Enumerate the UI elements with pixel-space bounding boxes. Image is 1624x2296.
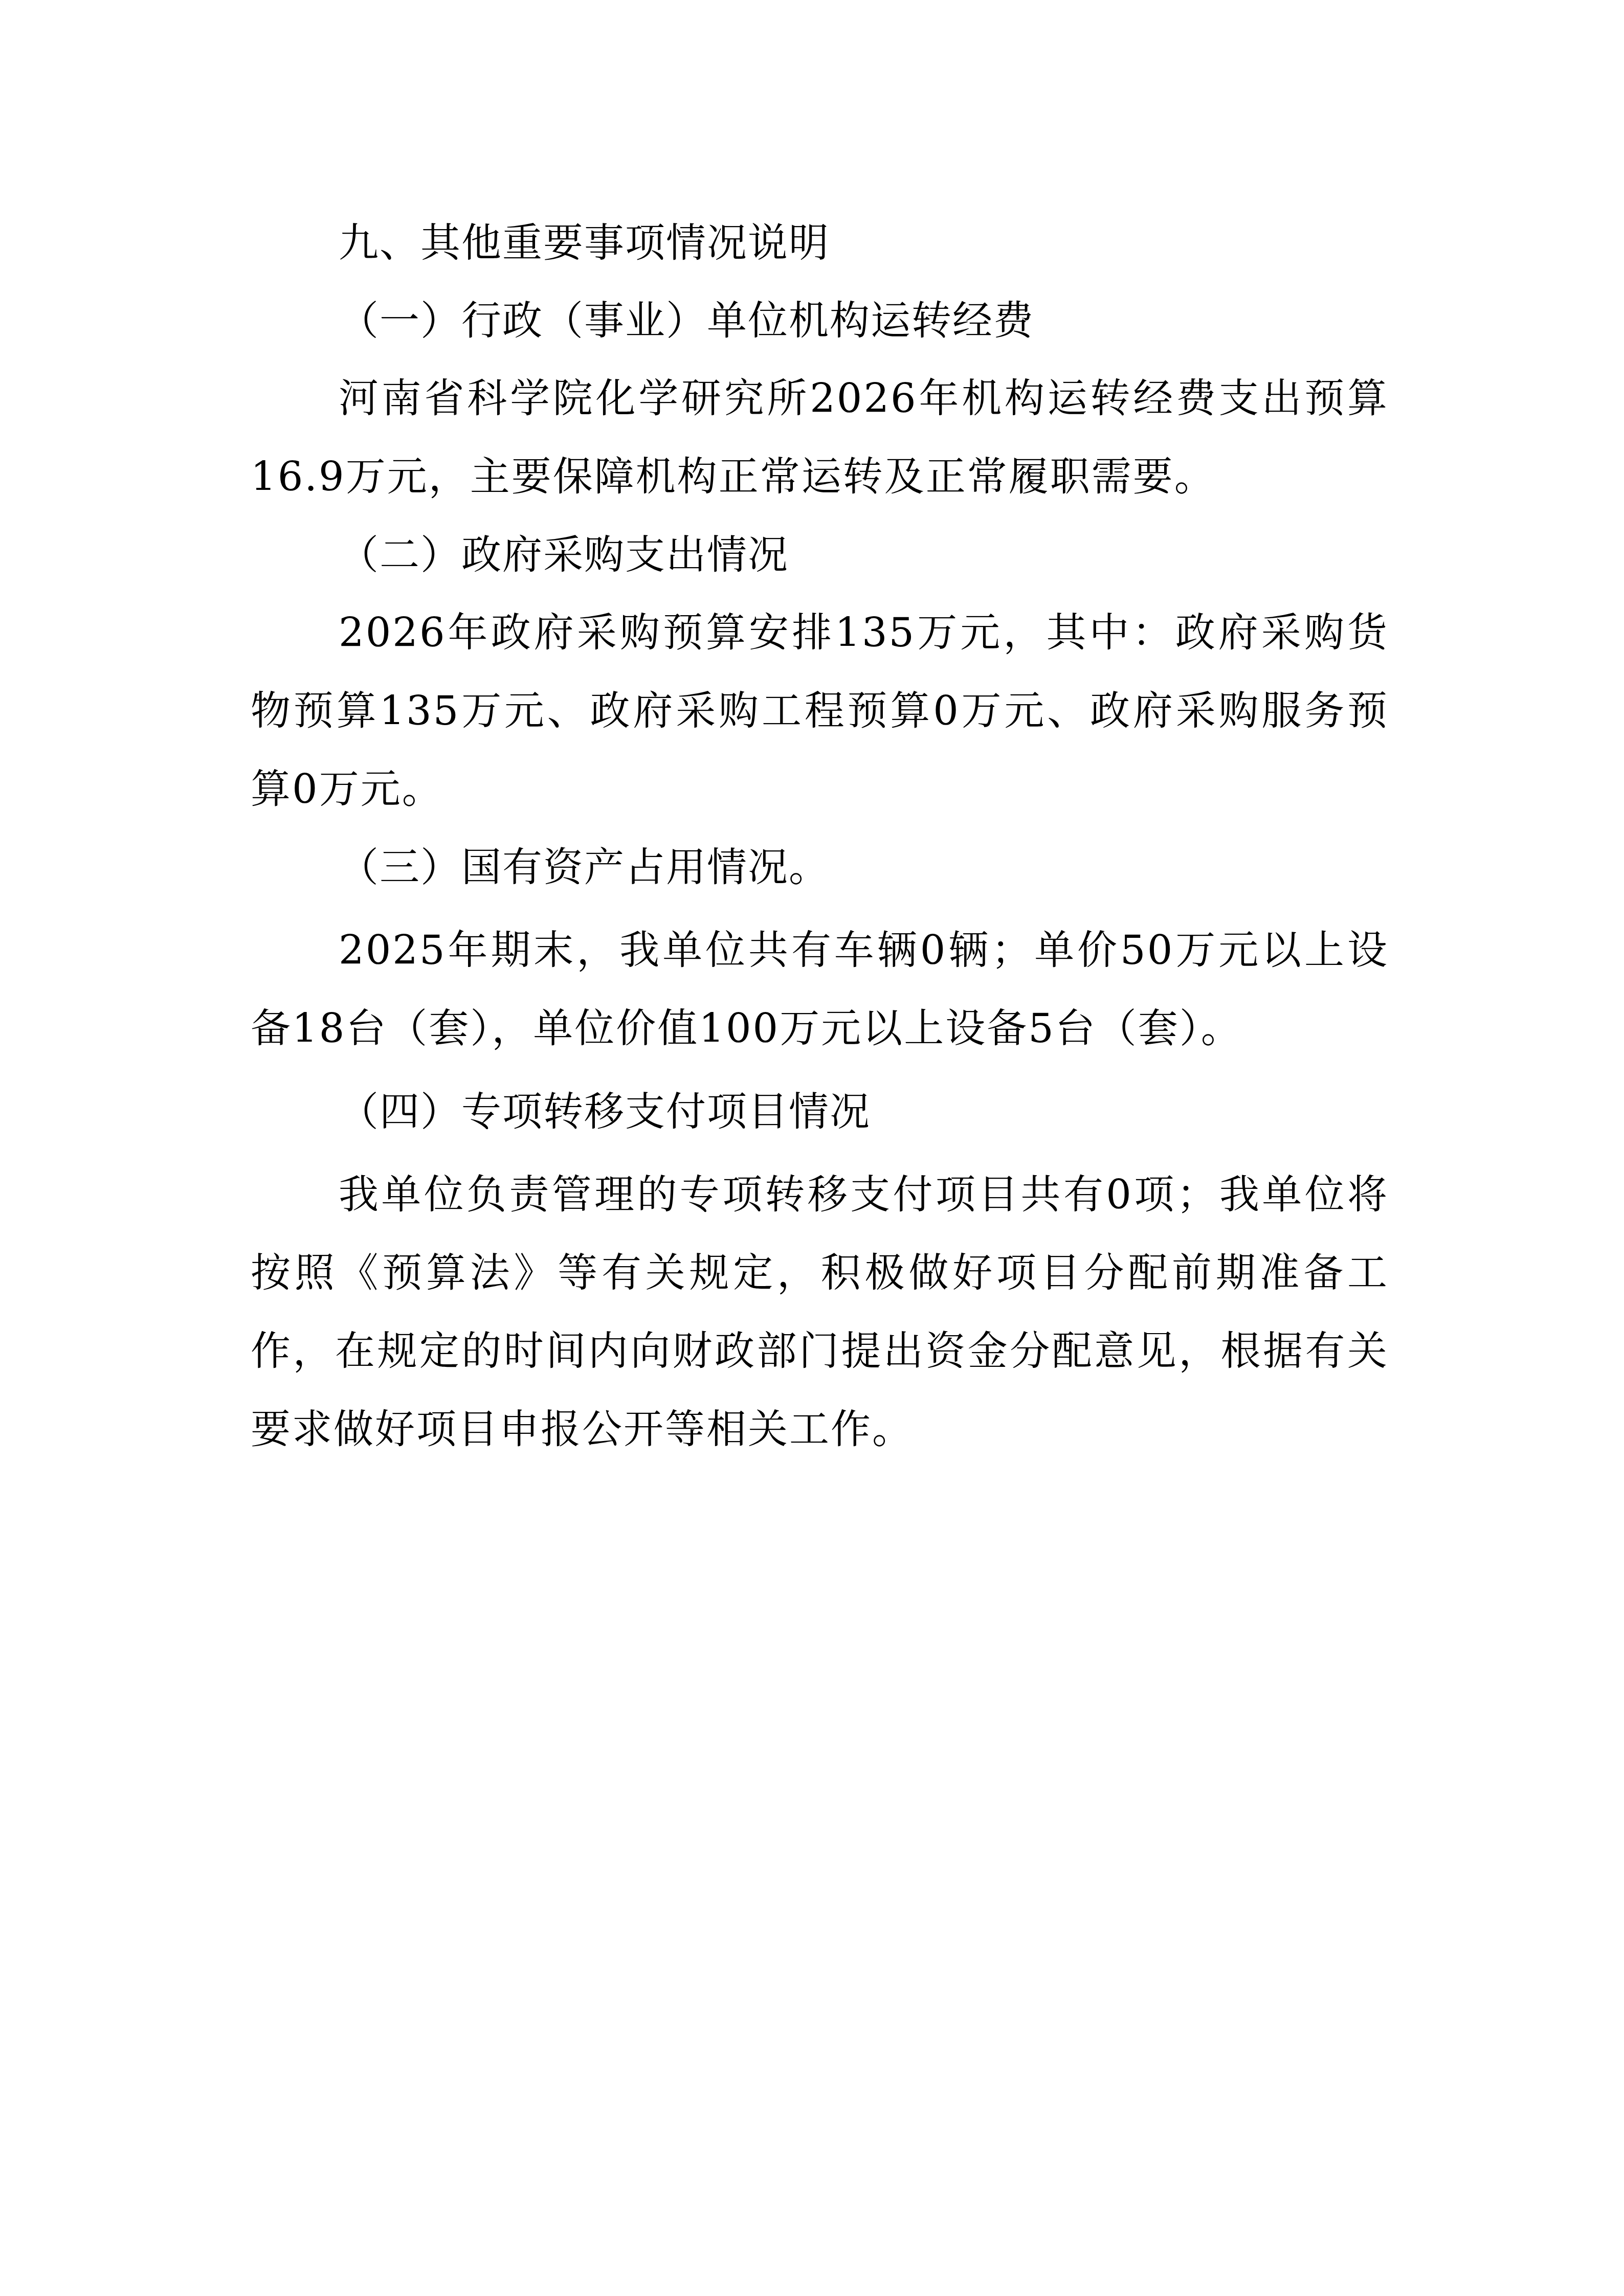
- subsection-body-4: 我单位负责管理的专项转移支付项目共有0项；我单位将按照《预算法》等有关规定，积极…: [251, 1156, 1389, 1469]
- spacer: [251, 1151, 1389, 1156]
- subsection-title-2: （二）政府采购支出情况: [251, 516, 1389, 594]
- spacer: [251, 1068, 1389, 1073]
- subsection-title-4: （四）专项转移支付项目情况: [251, 1073, 1389, 1151]
- subsection-body-1: 河南省科学院化学研究所2026年机构运转经费支出预算16.9万元，主要保障机构正…: [251, 360, 1389, 516]
- spacer: [251, 907, 1389, 912]
- subsection-title-1: （一）行政（事业）单位机构运转经费: [251, 282, 1389, 360]
- section-title: 九、其他重要事项情况说明: [251, 205, 1389, 282]
- subsection-title-3: （三）国有资产占用情况。: [251, 829, 1389, 907]
- subsection-body-3: 2025年期末，我单位共有车辆0辆；单价50万元以上设备18台（套），单位价值1…: [251, 912, 1389, 1068]
- document-page: 九、其他重要事项情况说明 （一）行政（事业）单位机构运转经费 河南省科学院化学研…: [251, 205, 1389, 1469]
- subsection-body-2: 2026年政府采购预算安排135万元，其中：政府采购货物预算135万元、政府采购…: [251, 594, 1389, 829]
